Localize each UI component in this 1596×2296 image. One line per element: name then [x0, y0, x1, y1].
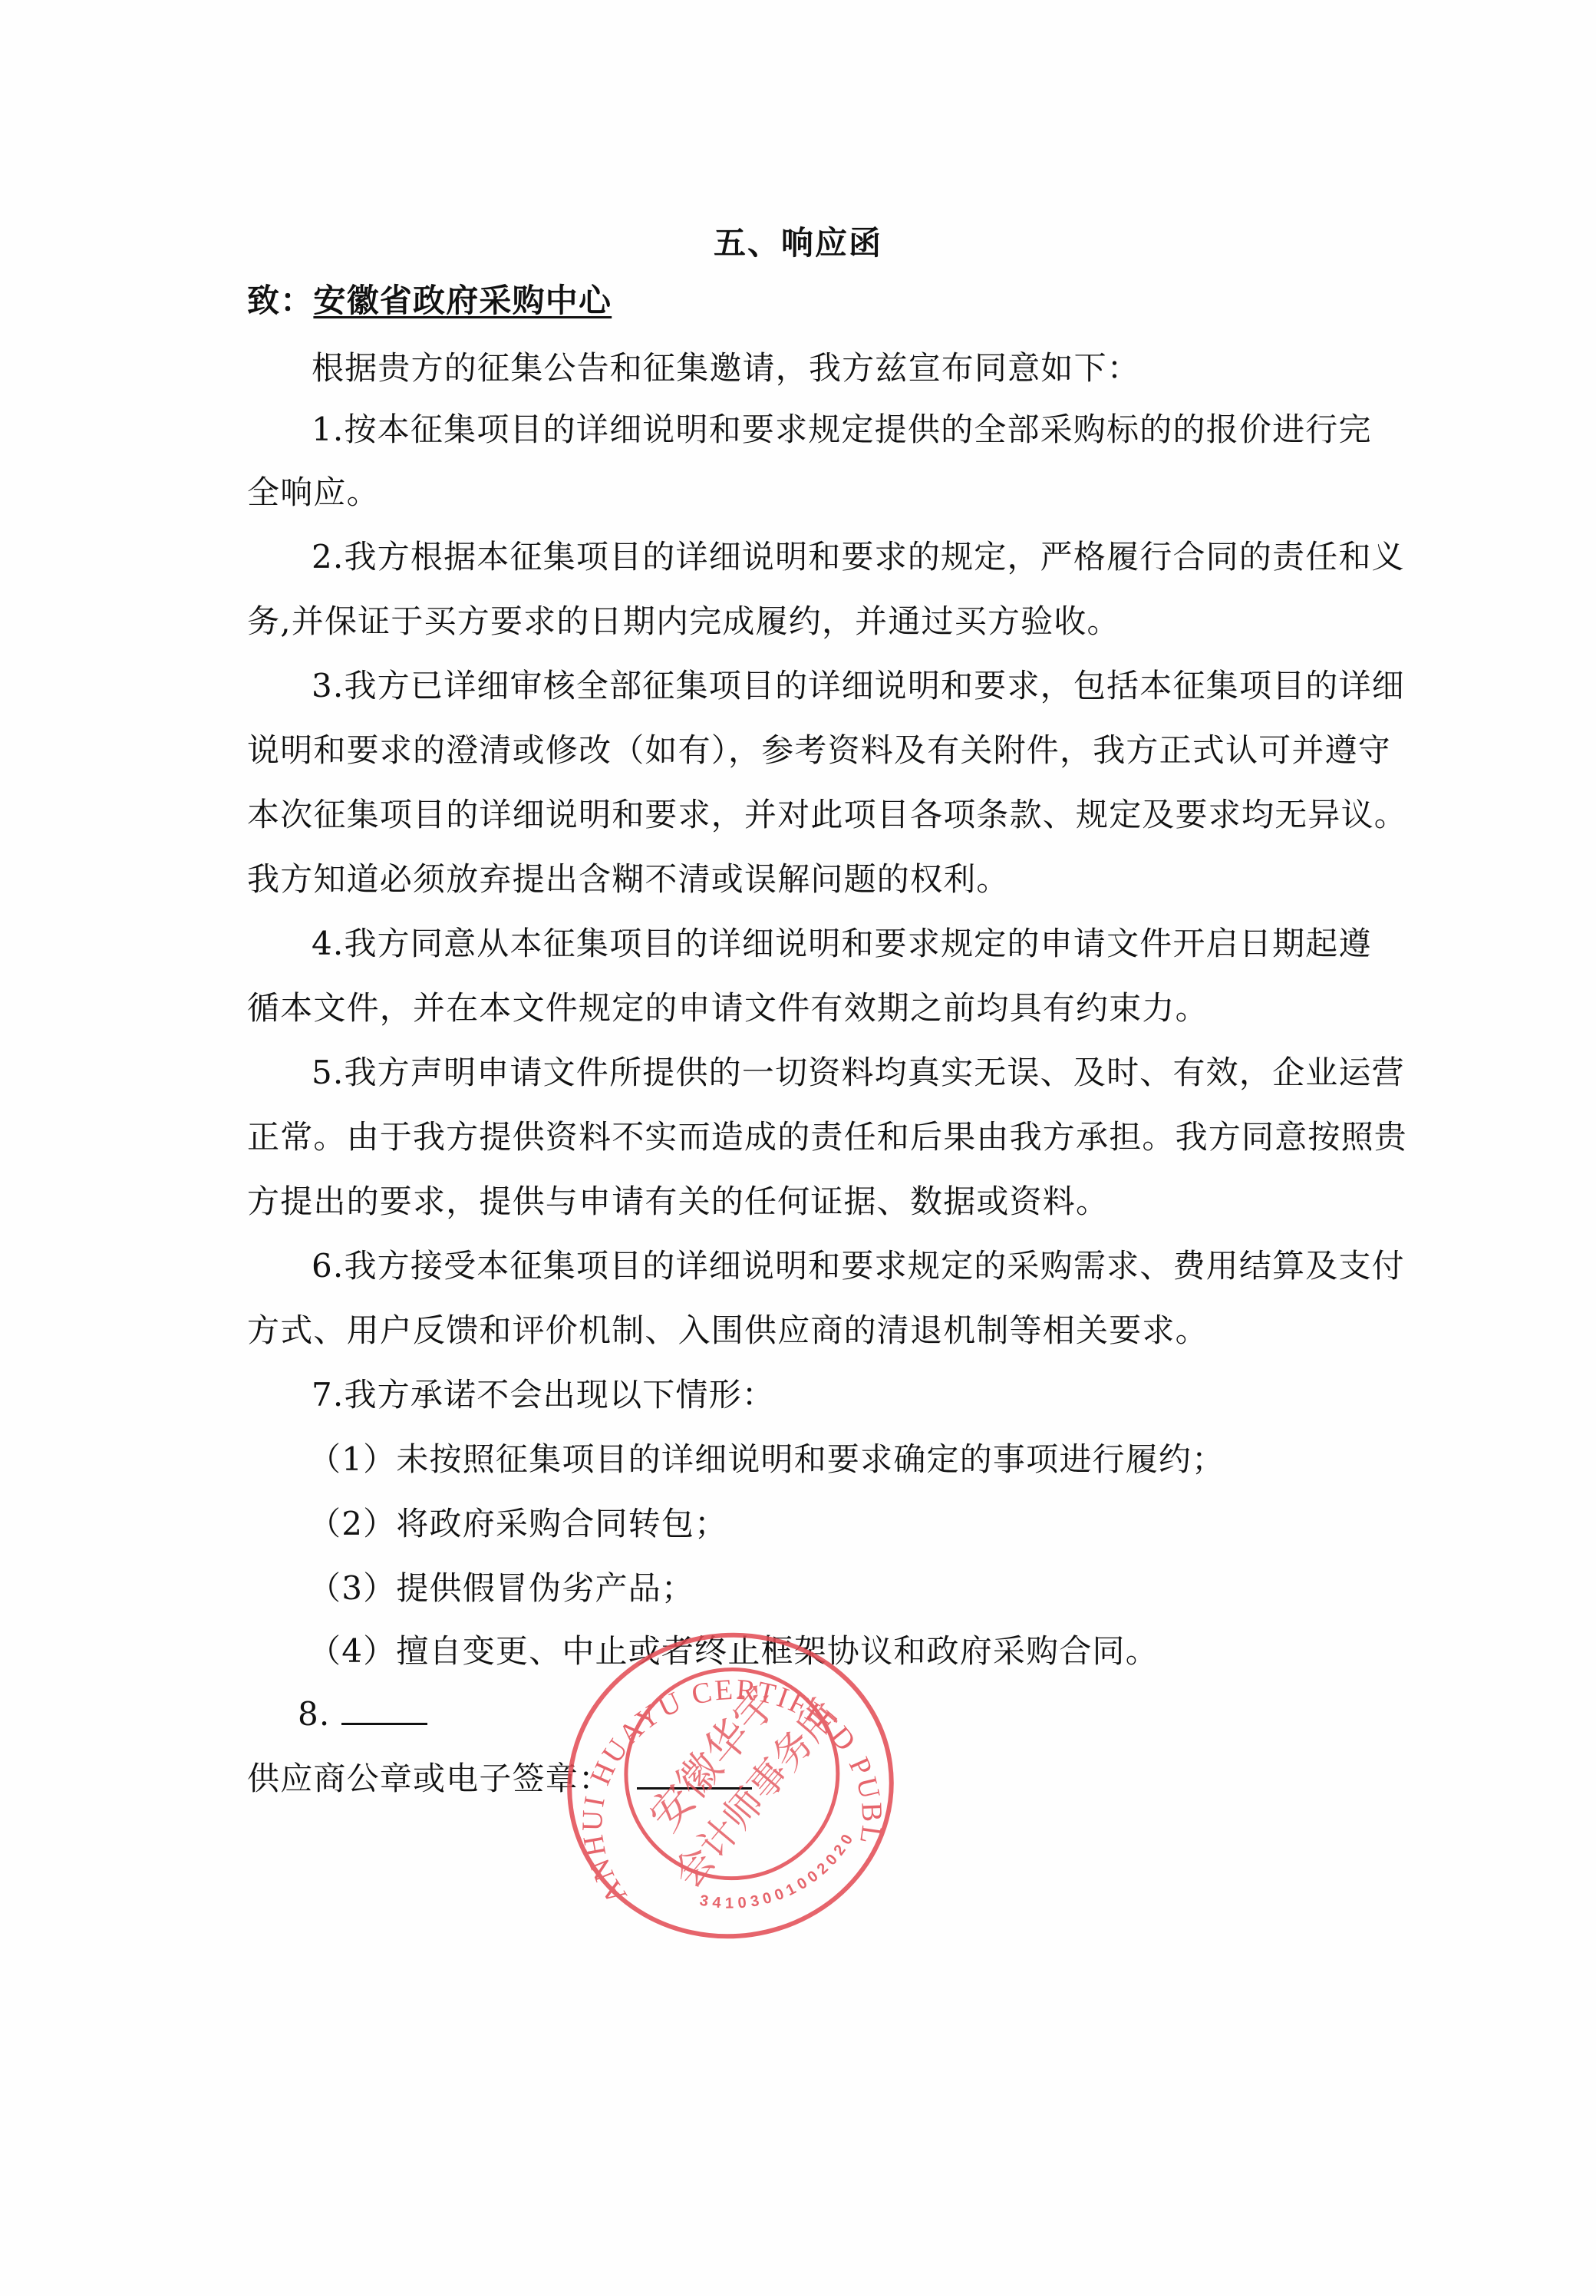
intro-paragraph: 根据贵方的征集公告和征集邀请，我方兹宣布同意如下：: [247, 350, 1450, 387]
document-page: 五、响应函 致：安徽省政府采购中心 根据贵方的征集公告和征集邀请，我方兹宣布同意…: [0, 0, 1596, 2296]
addressee-line: 致：安徽省政府采购中心: [247, 282, 1386, 319]
clause-3-line-3: 本次征集项目的详细说明和要求，并对此项目各项条款、规定及要求均无异议。: [247, 797, 1386, 833]
clause-5-line-2: 正常。由于我方提供资料不实而造成的责任和后果由我方承担。我方同意按照贵: [247, 1119, 1386, 1156]
clause-5-line-1: 5.我方声明申请文件所提供的一切资料均真实无误、及时、有效，企业运营: [247, 1054, 1450, 1091]
clause-5-line-3: 方提出的要求，提供与申请有关的任何证据、数据或资料。: [247, 1183, 1386, 1220]
clause-7-item-3: （3）提供假冒伪劣产品；: [247, 1570, 1447, 1607]
addressee: 安徽省政府采购中心: [313, 282, 612, 319]
clause-3-line-4: 我方知道必须放弃提出含糊不清或误解问题的权利。: [247, 861, 1386, 898]
clause-7-heading: 7.我方承诺不会出现以下情形：: [247, 1377, 1450, 1414]
clause-7-item-2: （2）将政府采购合同转包；: [247, 1506, 1447, 1542]
clause-2-line-1: 2.我方根据本征集项目的详细说明和要求的规定，严格履行合同的责任和义: [247, 539, 1450, 576]
signature-line: 供应商公章或电子签章：: [247, 1760, 1386, 1797]
clause-2-line-2: 务,并保证于买方要求的日期内完成履约，并通过买方验收。: [247, 603, 1386, 640]
page-title: 五、响应函: [0, 218, 1596, 264]
clause-7-item-1: （1）未按照征集项目的详细说明和要求确定的事项进行履约；: [247, 1441, 1447, 1478]
clause-1-line-1: 1.按本征集项目的详细说明和要求规定提供的全部采购标的的报价进行完: [247, 411, 1450, 448]
clause-7-item-4: （4）擅自变更、中止或者终止框架协议和政府采购合同。: [247, 1633, 1447, 1670]
clause-6-line-2: 方式、用户反馈和评价机制、入围供应商的清退机制等相关要求。: [247, 1312, 1386, 1349]
seal-number: 34103001002020: [690, 1826, 866, 1918]
svg-text:34103001002020: 34103001002020: [690, 1826, 866, 1918]
signature-blank[interactable]: [637, 1786, 752, 1790]
clause-1-line-2: 全响应。: [247, 474, 1386, 511]
to-label: 致：: [247, 282, 313, 319]
clause-8-line: 8.: [247, 1696, 1436, 1733]
clause-4-line-1: 4.我方同意从本征集项目的详细说明和要求规定的申请文件开启日期起遵: [247, 925, 1450, 962]
clause-3-line-1: 3.我方已详细审核全部征集项目的详细说明和要求，包括本征集项目的详细: [247, 668, 1450, 704]
clause-8-blank[interactable]: [341, 1722, 427, 1725]
clause-3-line-2: 说明和要求的澄清或修改（如有），参考资料及有关附件，我方正式认可并遵守: [247, 732, 1386, 769]
clause-8-label: 8.: [298, 1695, 330, 1733]
clause-4-line-2: 循本文件，并在本文件规定的申请文件有效期之前均具有约束力。: [247, 990, 1386, 1027]
signature-label: 供应商公章或电子签章：: [247, 1760, 612, 1797]
clause-6-line-1: 6.我方接受本征集项目的详细说明和要求规定的采购需求、费用结算及支付: [247, 1248, 1450, 1285]
